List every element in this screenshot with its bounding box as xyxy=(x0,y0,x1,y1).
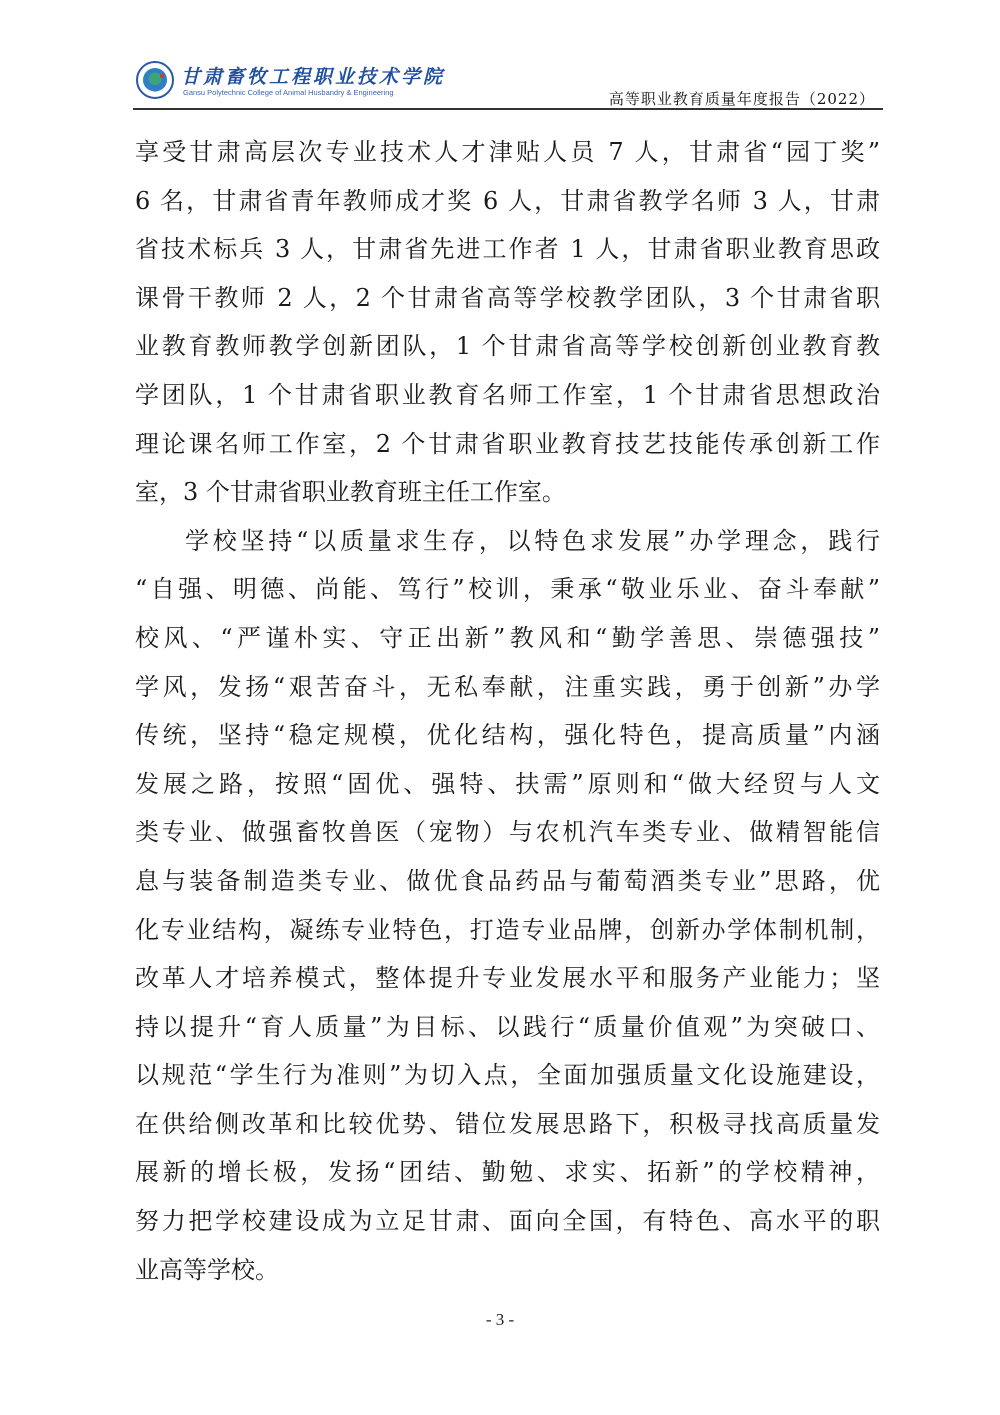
text-line: 传统，坚持“稳定规模，优化结构，强化特色，提高质量”内涵 xyxy=(135,711,880,760)
college-emblem-icon xyxy=(136,61,174,99)
text-line: 享受甘肃高层次专业技术人才津贴人员 7 人，甘肃省“园丁奖” xyxy=(135,128,880,177)
page-header: 甘肃畜牧工程职业技术学院 Gansu Polytechnic College o… xyxy=(133,58,883,110)
text-line: 理论课名师工作室，2 个甘肃省职业教育技艺技能传承创新工作 xyxy=(135,420,880,469)
school-name-cn: 甘肃畜牧工程职业技术学院 xyxy=(181,62,445,89)
text-line: 业高等学校。 xyxy=(135,1246,880,1295)
text-line: 息与装备制造类专业、做优食品药品与葡萄酒类专业”思路，优 xyxy=(135,857,880,906)
text-line: 努力把学校建设成为立足甘肃、面向全国，有特色、高水平的职 xyxy=(135,1197,880,1246)
report-title: 高等职业教育质量年度报告（2022） xyxy=(609,88,875,109)
text-line: 学风，发扬“艰苦奋斗，无私奉献，注重实践，勇于创新”办学 xyxy=(135,663,880,712)
text-line: 业教育教师教学创新团队，1 个甘肃省高等学校创新创业教育教 xyxy=(135,322,880,371)
text-line: 展新的增长极，发扬“团结、勤勉、求实、拓新”的学校精神， xyxy=(135,1148,880,1197)
text-line: 室，3 个甘肃省职业教育班主任工作室。 xyxy=(135,468,880,517)
text-line: 省技术标兵 3 人，甘肃省先进工作者 1 人，甘肃省职业教育思政 xyxy=(135,225,880,274)
header-rule xyxy=(133,108,883,110)
text-line: 发展之路，按照“固优、强特、扶需”原则和“做大经贸与人文 xyxy=(135,760,880,809)
text-line: 6 名，甘肃省青年教师成才奖 6 人，甘肃省教学名师 3 人，甘肃 xyxy=(135,177,880,226)
text-line: 以规范“学生行为准则”为切入点，全面加强质量文化设施建设， xyxy=(135,1051,880,1100)
paragraph-1: 享受甘肃高层次专业技术人才津贴人员 7 人，甘肃省“园丁奖” 6 名，甘肃省青年… xyxy=(135,128,880,517)
page-number: - 3 - xyxy=(0,1310,1000,1330)
emblem-dot-icon xyxy=(160,74,164,78)
text-line: 在供给侧改革和比较优势、错位发展思路下，积极寻找高质量发 xyxy=(135,1100,880,1149)
text-line: 课骨干教师 2 人，2 个甘肃省高等学校教学团队，3 个甘肃省职 xyxy=(135,274,880,323)
text-line: 学团队，1 个甘肃省职业教育名师工作室，1 个甘肃省思想政治 xyxy=(135,371,880,420)
text-line: 学校坚持“以质量求生存，以特色求发展”办学理念，践行 xyxy=(135,517,880,566)
text-line: “自强、明德、尚能、笃行”校训，秉承“敬业乐业、奋斗奉献” xyxy=(135,565,880,614)
text-line: 类专业、做强畜牧兽医（宠物）与农机汽车类专业、做精智能信 xyxy=(135,808,880,857)
text-line: 改革人才培养模式，整体提升专业发展水平和服务产业能力；坚 xyxy=(135,954,880,1003)
emblem-inner-icon xyxy=(143,68,167,92)
text-line: 化专业结构，凝练专业特色，打造专业品牌，创新办学体制机制， xyxy=(135,906,880,955)
text-line: 持以提升“育人质量”为目标、以践行“质量价值观”为突破口、 xyxy=(135,1003,880,1052)
paragraph-2: 学校坚持“以质量求生存，以特色求发展”办学理念，践行 “自强、明德、尚能、笃行”… xyxy=(135,517,880,1295)
document-body: 享受甘肃高层次专业技术人才津贴人员 7 人，甘肃省“园丁奖” 6 名，甘肃省青年… xyxy=(135,128,880,1294)
text-line: 校风、“严谨朴实、守正出新”教风和“勤学善思、崇德强技” xyxy=(135,614,880,663)
school-name-en: Gansu Polytechnic College of Animal Husb… xyxy=(183,88,394,97)
